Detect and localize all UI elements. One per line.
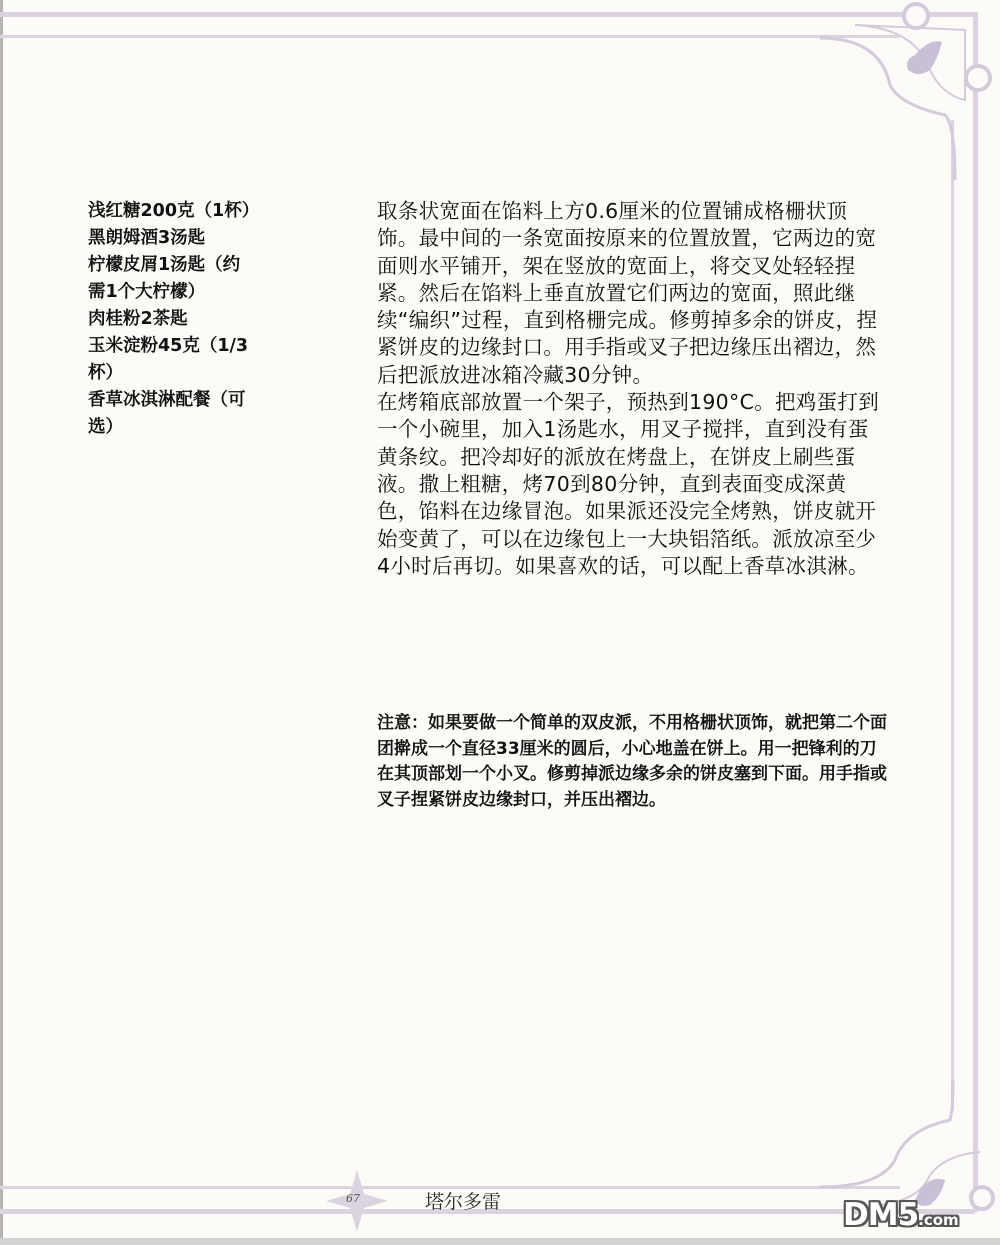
instruction-paragraph: 取条状宽面在馅料上方0.6厘米的位置铺成格栅状顶饰。最中间的一条宽面按原来的位置…: [377, 198, 887, 389]
page-left-edge: [0, 0, 3, 1245]
instructions: 取条状宽面在馅料上方0.6厘米的位置铺成格栅状顶饰。最中间的一条宽面按原来的位置…: [377, 198, 887, 580]
ingredient-line: 肉桂粉2茶匙: [88, 306, 288, 333]
ingredient-line: 柠檬皮屑1汤匙（约: [88, 252, 288, 279]
top-border-inner: [0, 35, 900, 38]
instruction-paragraph: 在烤箱底部放置一个架子，预热到190°C。把鸡蛋打到一个小碗里，加入1汤匙水，用…: [377, 389, 887, 580]
chapter-title: 塔尔多雷: [425, 1187, 501, 1214]
ingredient-line: 香草冰淇淋配餐（可: [88, 387, 288, 414]
ingredients-list: 浅红糖200克（1杯） 黑朗姆酒3汤匙 柠檬皮屑1汤匙（约 需1个大柠檬） 肉桂…: [88, 198, 288, 441]
watermark-suffix: .com: [918, 1211, 959, 1229]
scan-bottom-strip: [0, 1238, 1000, 1245]
top-right-corner-ornament: [820, 0, 1000, 180]
right-border-inner: [951, 120, 954, 1110]
ingredient-line: 选）: [88, 414, 288, 441]
watermark-brand: DM5: [843, 1197, 918, 1233]
ingredient-line: 玉米淀粉45克（1/3: [88, 333, 288, 360]
page-number: 67: [346, 1192, 360, 1205]
ingredient-line: 浅红糖200克（1杯）: [88, 198, 288, 225]
ingredient-line: 杯）: [88, 360, 288, 387]
note-paragraph: 注意：如果要做一个简单的双皮派，不用格栅状顶饰，就把第二个面团擀成一个直径33厘…: [377, 711, 887, 813]
dm5-watermark-logo: DM5.com: [843, 1197, 959, 1233]
ingredient-line: 需1个大柠檬）: [88, 279, 288, 306]
right-border-outer: [973, 12, 978, 1212]
ingredient-line: 黑朗姆酒3汤匙: [88, 225, 288, 252]
